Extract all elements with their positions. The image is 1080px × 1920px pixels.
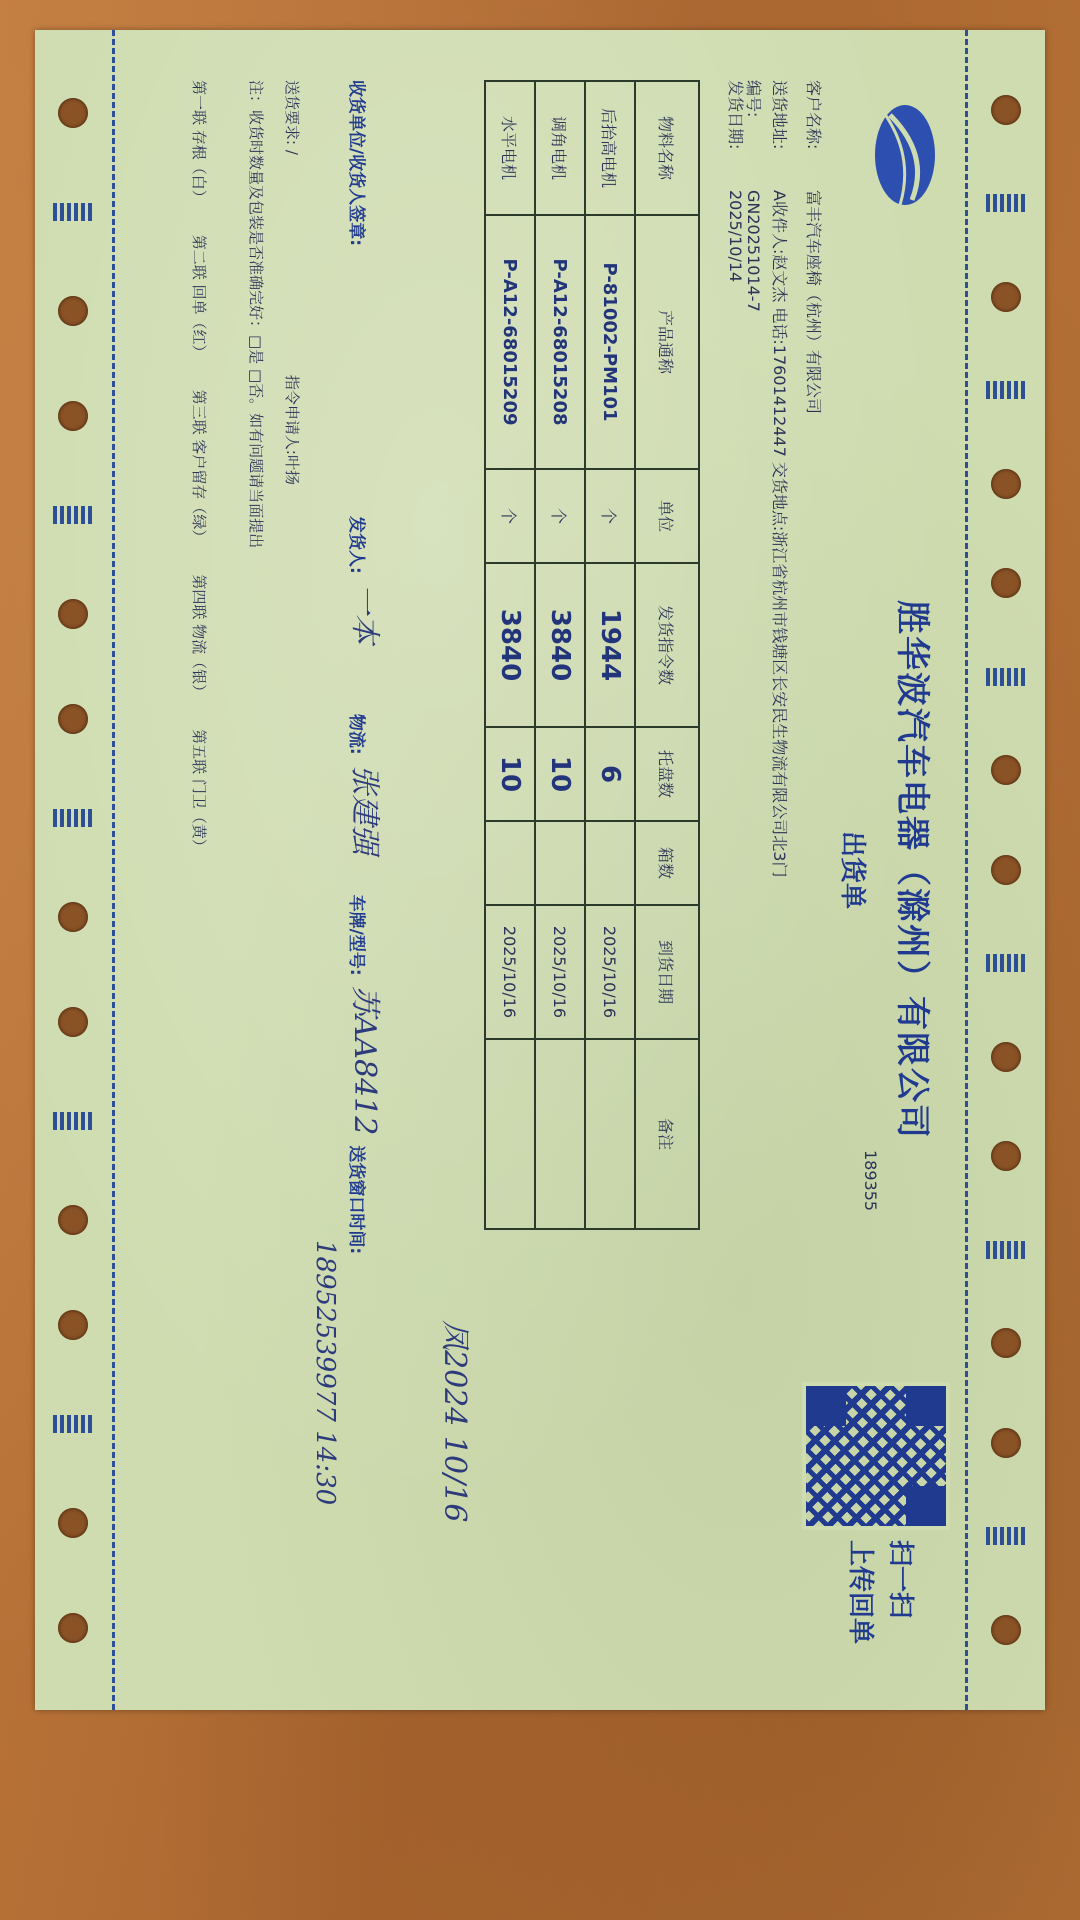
table-header-row: 物料名称 产品通称 单位 发货指令数 托盘数 箱数 到货日期 备注: [635, 81, 699, 1229]
strip-mark: [987, 954, 1027, 972]
feed-hole: [992, 755, 1022, 785]
customer-label: 客户名称:: [796, 80, 830, 170]
receipt-remark: 注：收货时数量及包装是否准确完好：□是 □否。如有问题请当面提出: [238, 80, 274, 1580]
cell-pallets: 10: [485, 727, 535, 821]
feed-hole: [59, 296, 89, 326]
notes-section: 送货要求: / 指令申请人:叶扬 注：收货时数量及包装是否准确完好：□是 □否。…: [238, 80, 310, 1580]
shipper-signature: 一本: [346, 584, 390, 644]
copy-3: 第三联 客户留存（绿）: [189, 390, 210, 545]
cell-boxes: [535, 821, 585, 905]
cell-material-name: 调角电机: [535, 81, 585, 215]
qr-code-icon[interactable]: [802, 1382, 950, 1530]
feed-hole: [992, 1141, 1022, 1171]
cell-product-code: P-A12-68015209: [485, 215, 535, 469]
cell-unit: 个: [585, 469, 635, 563]
date-value: 2025/10/14: [726, 190, 744, 282]
delivery-note-paper: 胜华波汽车电器（滁州）有限公司 出货单 189355 扫一扫 上传回单 客户名称…: [35, 30, 1045, 1710]
copy-list: 第一联 存根（白） 第二联 回单（红） 第三联 客户留存（绿） 第四联 物流（银…: [189, 80, 210, 1380]
copy-2: 第二联 回单（红）: [189, 235, 210, 360]
logistics-label: 物流:: [346, 714, 371, 755]
cell-quantity: 1944: [585, 563, 635, 727]
feed-hole: [992, 95, 1022, 125]
qr-caption: 扫一扫 上传回单: [840, 1540, 920, 1670]
strip-mark: [987, 1527, 1027, 1545]
number-value: GN20251014-7: [744, 190, 762, 312]
plate-label: 车牌/型号:: [346, 895, 371, 976]
feed-hole: [59, 599, 89, 629]
feed-hole: [59, 902, 89, 932]
gate-time-label: 送货窗口时间:: [346, 1145, 371, 1254]
address-value: A收件人:赵文杰 电话:17601412447 交货地点:浙江省杭州市钱塘区长安…: [762, 190, 796, 877]
strip-mark: [54, 203, 94, 221]
cell-note: [585, 1039, 635, 1229]
items-table: 物料名称 产品通称 单位 发货指令数 托盘数 箱数 到货日期 备注 后抬高电机 …: [484, 80, 700, 1230]
copy-1: 第一联 存根（白）: [189, 80, 210, 205]
cell-unit: 个: [485, 469, 535, 563]
feed-hole: [992, 1042, 1022, 1072]
col-note: 备注: [635, 1039, 699, 1229]
strip-mark: [987, 194, 1027, 212]
cell-arrival-date: 2025/10/16: [485, 905, 535, 1039]
tractor-feed-strip-bottom: [35, 30, 115, 1710]
serial-number: 189355: [861, 1150, 880, 1211]
receiver-label: 收货单位/收货人签章:: [346, 80, 371, 246]
cell-product-code: P-A12-68015208: [535, 215, 585, 469]
number-label: 编号:: [744, 80, 762, 170]
feed-hole: [992, 469, 1022, 499]
cell-unit: 个: [535, 469, 585, 563]
delivery-requirement: 送货要求: /: [274, 80, 310, 155]
col-arrival-date: 到货日期: [635, 905, 699, 1039]
cell-arrival-date: 2025/10/16: [535, 905, 585, 1039]
cell-pallets: 10: [535, 727, 585, 821]
cell-material-name: 水平电机: [485, 81, 535, 215]
feed-hole: [59, 1007, 89, 1037]
logistics-signature: 张建强: [346, 765, 390, 855]
address-label: 送货地址:: [762, 80, 796, 170]
feed-hole: [992, 1615, 1022, 1645]
table-row: 后抬高电机 P-81002-PM101 个 1944 6 2025/10/16: [585, 81, 635, 1229]
document-body: 胜华波汽车电器（滁州）有限公司 出货单 189355 扫一扫 上传回单 客户名称…: [130, 60, 950, 1680]
feed-hole: [992, 568, 1022, 598]
feed-hole: [59, 1508, 89, 1538]
plate-handwritten: 苏AA8412: [346, 986, 390, 1136]
copy-4: 第四联 物流（银）: [189, 574, 210, 699]
cell-product-code: P-81002-PM101: [585, 215, 635, 469]
tractor-feed-strip-top: [965, 30, 1045, 1710]
feed-hole: [59, 704, 89, 734]
gate-time-handwritten: 凤2024 10/16: [436, 1320, 480, 1522]
cell-material-name: 后抬高电机: [585, 81, 635, 215]
feed-hole: [992, 282, 1022, 312]
table-row: 调角电机 P-A12-68015208 个 3840 10 2025/10/16: [535, 81, 585, 1229]
feed-hole: [992, 1328, 1022, 1358]
cell-boxes: [485, 821, 535, 905]
signature-section: 收货单位/收货人签章: 发货人: 一本 物流: 张建强 车牌/型号: 苏AA84…: [346, 80, 390, 1580]
cell-note: [485, 1039, 535, 1229]
cell-quantity: 3840: [535, 563, 585, 727]
qr-caption-upload: 上传回单: [840, 1540, 880, 1670]
shipment-info: 客户名称: 富丰汽车座椅（杭州）有限公司 送货地址: A收件人:赵文杰 电话:1…: [726, 80, 830, 1230]
col-pallets: 托盘数: [635, 727, 699, 821]
cell-pallets: 6: [585, 727, 635, 821]
col-material-name: 物料名称: [635, 81, 699, 215]
strip-mark: [987, 668, 1027, 686]
strip-mark: [54, 506, 94, 524]
strip-mark: [54, 1415, 94, 1433]
strip-mark: [987, 381, 1027, 399]
customer-value: 富丰汽车座椅（杭州）有限公司: [796, 190, 830, 414]
col-quantity: 发货指令数: [635, 563, 699, 727]
col-product-code: 产品通称: [635, 215, 699, 469]
feed-hole: [59, 1310, 89, 1340]
feed-hole: [59, 1205, 89, 1235]
table-row: 水平电机 P-A12-68015209 个 3840 10 2025/10/16: [485, 81, 535, 1229]
feed-hole: [59, 401, 89, 431]
qr-caption-scan: 扫一扫: [880, 1540, 920, 1670]
cell-quantity: 3840: [485, 563, 535, 727]
shipper-label: 发货人:: [346, 516, 371, 574]
cell-boxes: [585, 821, 635, 905]
feed-hole: [59, 98, 89, 128]
date-label: 发货日期:: [726, 80, 744, 170]
feed-hole: [992, 855, 1022, 885]
strip-mark: [987, 1241, 1027, 1259]
col-unit: 单位: [635, 469, 699, 563]
strip-mark: [54, 1112, 94, 1130]
copy-5: 第五联 门卫（黄）: [189, 729, 210, 854]
feed-hole: [992, 1428, 1022, 1458]
col-boxes: 箱数: [635, 821, 699, 905]
cell-note: [535, 1039, 585, 1229]
strip-mark: [54, 809, 94, 827]
photo-frame: 胜华波汽车电器（滁州）有限公司 出货单 189355 扫一扫 上传回单 客户名称…: [10, 20, 1050, 1720]
instruction-applicant: 指令申请人:叶扬: [274, 375, 310, 485]
feed-hole: [59, 1613, 89, 1643]
phone-time-handwritten: 18952539977 14:30: [310, 1240, 340, 1505]
cell-arrival-date: 2025/10/16: [585, 905, 635, 1039]
